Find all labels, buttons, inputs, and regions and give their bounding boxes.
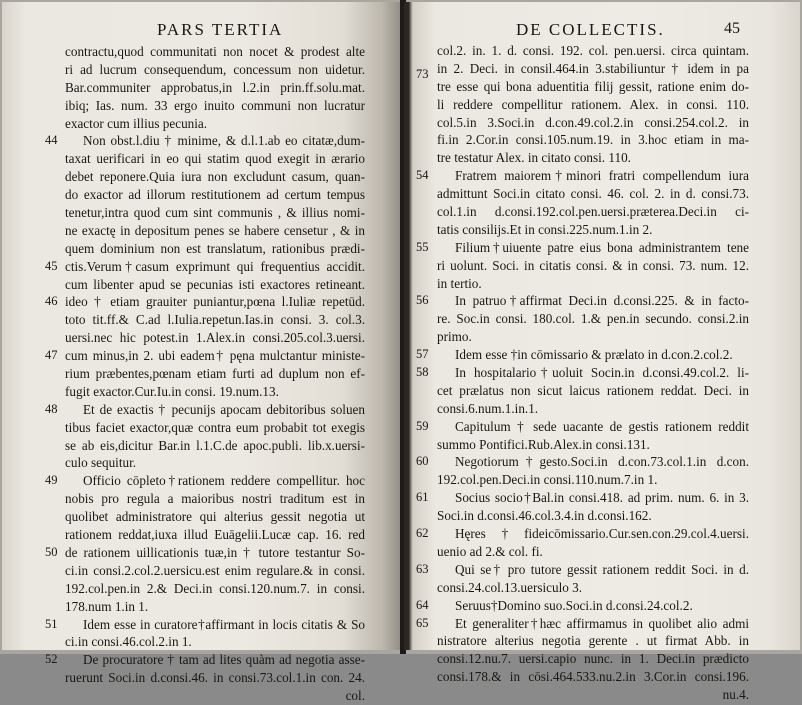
marginal-number: 60: [416, 453, 429, 471]
marginal-number: 55: [416, 239, 429, 257]
marginal-number: 44: [45, 132, 58, 150]
text-line: 45ctis.Verum†casum exprimunt qui frequen…: [65, 258, 365, 276]
marginal-number: 50: [45, 544, 58, 562]
marginal-number: 48: [45, 401, 58, 419]
text-line: 50de rationem uillicationis tuæ,in † tut…: [65, 544, 365, 562]
marginal-number: 61: [416, 489, 429, 507]
text-line: consi.12.nu.7. uersi.capio nunc. in 1. D…: [437, 650, 749, 654]
text-line: 48Et de exactis † pecunijs apocam debito…: [65, 401, 365, 419]
text-line: tre testatur Alex. in citato consi. 110.: [437, 149, 749, 167]
right-page: DE COLLECTIS. 45 col.2. in. 1. d. consi.…: [404, 2, 800, 650]
marginal-number: 47: [45, 347, 58, 365]
text-line: admittunt Soci.in citato consi. 46. col.…: [437, 185, 749, 203]
marginal-number: 65: [416, 615, 429, 633]
text-line: 63Qui se† pro tutore gessit rationem red…: [437, 561, 749, 579]
text-line: 56In patruo†affirmat Deci.in d.consi.225…: [437, 292, 749, 310]
text-line: 73in 2. Deci. in consil.464.in 3.stabili…: [437, 60, 749, 78]
text-line: col.1.in d.consi.192.col.pen.uersi.præte…: [437, 203, 749, 221]
text-line: 65Et generaliter†hæc affirmamus in quoli…: [437, 615, 749, 633]
marginal-number: 59: [416, 418, 429, 436]
text-line: 60Negotiorum†gesto.Soci.in d.con.73.col.…: [437, 453, 749, 471]
text-line: ri uolunt. Soci. in citatis consi. & in …: [437, 257, 749, 275]
text-line: 192.col.pen.in 2.& Deci.in consi.120.num…: [65, 580, 365, 598]
text-line: tibus faciet exactor,quæ contra eum prob…: [65, 419, 365, 437]
marginal-number: 57: [416, 346, 429, 364]
marginal-number: 49: [45, 472, 58, 490]
text-line: quolibet administratore qui alterius ges…: [65, 508, 365, 526]
text-line: ne exactę in depositum penes se habere c…: [65, 222, 365, 240]
text-line: 51Idem esse in curatore†affirmant in loc…: [65, 616, 365, 634]
text-line: 44Non obst.l.diu † minime, & d.l.1.ab eo…: [65, 132, 365, 150]
text-line: quem dominium non est translatum, ration…: [65, 240, 365, 258]
marginal-number: 64: [416, 597, 429, 615]
text-line: culo sequitur.: [65, 454, 365, 472]
text-line: nistratore alterius negotia gerente . ut…: [437, 632, 749, 650]
text-line: 61Socius socio†Bal.in consi.418. ad prim…: [437, 489, 749, 507]
marginal-number: 62: [416, 525, 429, 543]
text-line: ri ad lucrum consequendum, concessum non…: [65, 61, 365, 79]
text-line: se ab eis,dicitur Bar.in l.1.C.de apoc.p…: [65, 437, 365, 455]
marginal-number: 51: [45, 616, 58, 634]
marginal-number: 73: [416, 66, 429, 84]
text-line: toto tit.ff.& C.ad l.Iulia.repetun.Ias.i…: [65, 311, 365, 329]
text-line: debet reponere.Quia iura non excludunt c…: [65, 168, 365, 186]
text-line: 59Capitulum † sede uacante de gestis rat…: [437, 418, 749, 436]
text-line: 57Idem esse †in cōmissario & prælato in …: [437, 346, 749, 364]
text-line: tenetur,intra quod cum sint communis , &…: [65, 204, 365, 222]
text-line: tatis consilijs.Et in consi.225.num.1.in…: [437, 221, 749, 239]
text-line: cet prælatus non sicut laicus rationem r…: [437, 382, 749, 400]
text-line: consi.6.num.1.in.1.: [437, 400, 749, 418]
text-line: nobis pro regula a maioribus nostri trad…: [65, 490, 365, 508]
text-line: consi.24.col.13.uersiculo 3.: [437, 579, 749, 597]
text-line: 47cum minus,in 2. ubi eadem† pęna mulcta…: [65, 347, 365, 365]
text-line: primo.: [437, 328, 749, 346]
text-line: 46ideo † etiam grauiter puniantur,pœna l…: [65, 293, 365, 311]
text-line: col.2. in. 1. d. consi. 192. col. pen.ue…: [437, 42, 749, 60]
text-line: Soci.in d.consi.46.col.3.4.in d.consi.16…: [437, 507, 749, 525]
text-line: ibiq; Ias. num. 33 ergo inuito communi n…: [65, 97, 365, 115]
text-line: contractu,quod communitati non nocet & p…: [65, 43, 365, 61]
text-line: summo Pontifici.Rub.Alex.in consi.131.: [437, 436, 749, 454]
running-head: DE COLLECTIS.: [516, 20, 665, 40]
text-line: 49Officio cōpleto†rationem reddere compe…: [65, 472, 365, 490]
text-line: do exactor ad illorum restitutionem ad c…: [65, 186, 365, 204]
marginal-number: 56: [416, 292, 429, 310]
text-line: cum libenter apud se pecunias isti exact…: [65, 276, 365, 294]
text-line: taxat uerificari in eo qui statim quod e…: [65, 150, 365, 168]
text-line: col.5.in 3.Soci.in d.con.49.col.2.in con…: [437, 114, 749, 132]
text-line: fi.in 2.Cor.in consi.105.num.19. in 3.ho…: [437, 131, 749, 149]
text-line: fugit exactor.Cur.Iu.in consi. 19.num.13…: [65, 383, 365, 401]
marginal-number: 54: [416, 167, 429, 185]
text-line: exactor cum illius pecunia.: [65, 115, 365, 133]
text-line: 54Fratrem maiorem†minori fratri compelle…: [437, 167, 749, 185]
book-spread: PARS TERTIA contractu,quod communitati n…: [0, 0, 802, 654]
text-line: ci.in consi.46.col.2.in 1.: [65, 633, 365, 651]
text-line: 192.col.pen.Deci.in consi.110.num.7.in 1…: [437, 471, 749, 489]
left-page: PARS TERTIA contractu,quod communitati n…: [2, 2, 402, 650]
running-head: PARS TERTIA: [157, 20, 283, 40]
text-line: 62Hęres†fideicōmissario.Cur.sen.con.29.c…: [437, 525, 749, 543]
text-line: 178.num 1.in 1.: [65, 598, 365, 616]
text-line: 55Filium†uiuente patre eius bona adminis…: [437, 239, 749, 257]
text-line: Bar.communiter approbatus,in l.2.in prin…: [65, 79, 365, 97]
text-line: in tertio.: [437, 275, 749, 293]
text-line: li reddere compellitur rationem. Alex. i…: [437, 96, 749, 114]
text-line: rium præbentes,pœnam etiam furti ad dupl…: [65, 365, 365, 383]
text-line: uersi.nec hic potest.in 1.Alex.in consi.…: [65, 329, 365, 347]
marginal-number: 45: [45, 258, 58, 276]
text-line: re. Soc.in consi. 180.col. 1.& pen.in se…: [437, 310, 749, 328]
text-line: rationem reddat,iuxa illud Euāgelii.Lucæ…: [65, 526, 365, 544]
marginal-number: 46: [45, 293, 58, 311]
text-block: contractu,quod communitati non nocet & p…: [65, 43, 365, 654]
text-line: ci.in consi.2.col.2.uersicu.est enim reg…: [65, 562, 365, 580]
text-line: 58In hospitalario†uoluit Socin.in d.cons…: [437, 364, 749, 382]
marginal-number: 58: [416, 364, 429, 382]
text-line: 64Seruus†Domino suo.Soci.in d.consi.24.c…: [437, 597, 749, 615]
text-line: tre esse qui bona aduentitia filij gessi…: [437, 78, 749, 96]
text-line: uenio ad 2.& col. fi.: [437, 543, 749, 561]
page-number: 45: [724, 20, 740, 38]
text-block: col.2. in. 1. d. consi. 192. col. pen.ue…: [437, 42, 749, 654]
marginal-number: 63: [416, 561, 429, 579]
